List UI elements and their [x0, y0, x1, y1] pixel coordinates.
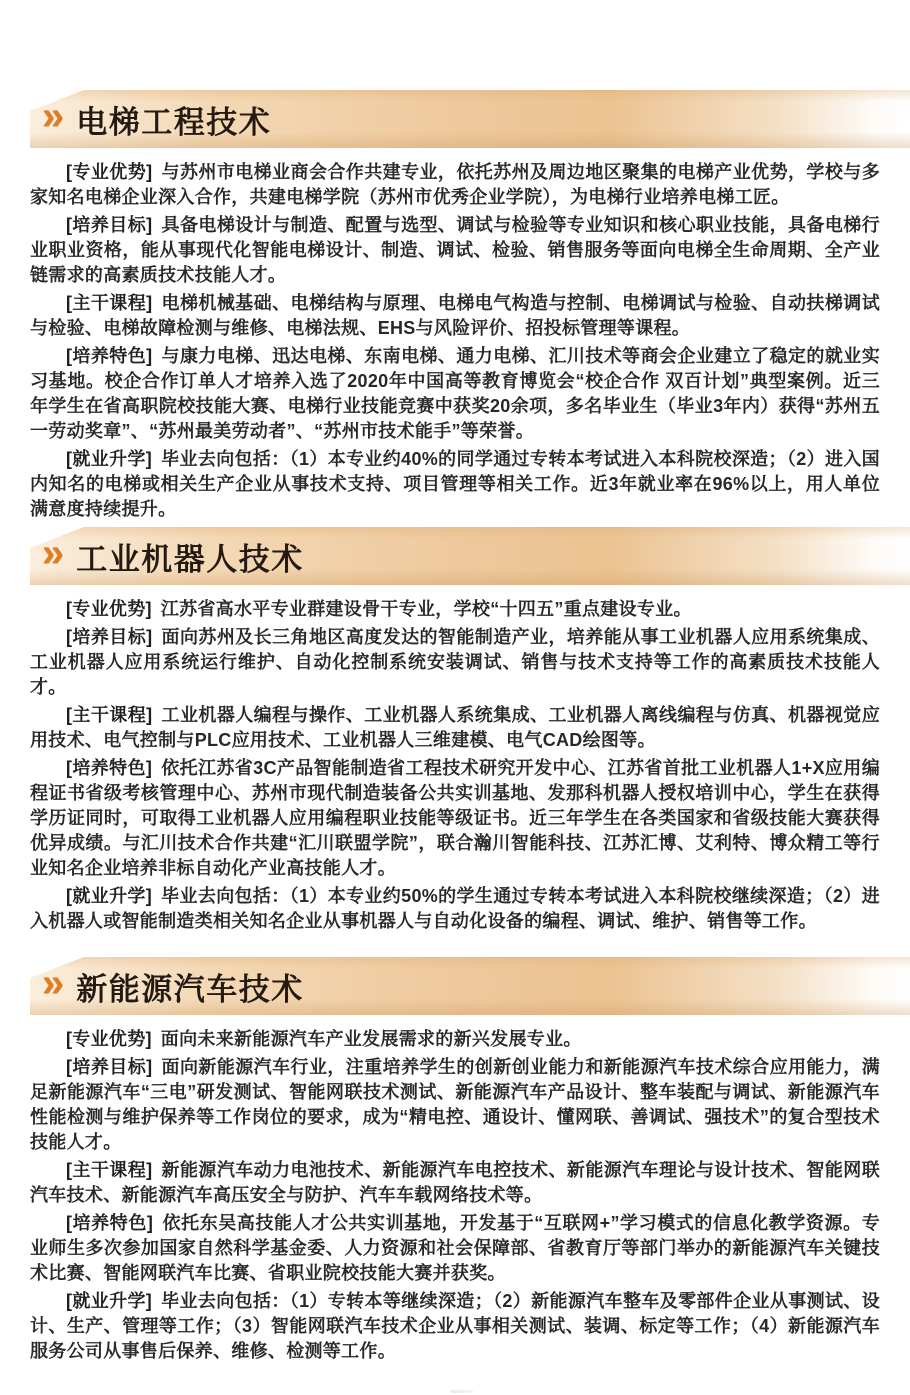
paragraph-text: 电梯机械基础、电梯结构与原理、电梯电气构造与控制、电梯调试与检验、自动扶梯调试与…: [30, 293, 880, 338]
section-body: [专业优势]面向未来新能源汽车产业发展需求的新兴发展专业。 [培养目标]面向新能…: [30, 1027, 880, 1364]
paragraph-text: 江苏省高水平专业群建设骨干专业，学校“十四五”重点建设专业。: [161, 599, 692, 619]
section-title: 工业机器人技术: [76, 534, 304, 579]
paragraph-courses: [主干课程]电梯机械基础、电梯结构与原理、电梯电气构造与控制、电梯调试与检验、自…: [30, 291, 880, 341]
paragraph-label: [就业升学]: [66, 449, 152, 469]
section-elevator-engineering: » 电梯工程技术 [专业优势]与苏州市电梯业商会合作共建专业，依托苏州及周边地区…: [0, 90, 910, 525]
double-chevron-icon: »: [42, 533, 64, 573]
paragraph-label: [专业优势]: [66, 599, 152, 619]
paragraph-advantage: [专业优势]江苏省高水平专业群建设骨干专业，学校“十四五”重点建设专业。: [30, 597, 880, 622]
section-body: [专业优势]与苏州市电梯业商会合作共建专业，依托苏州及周边地区聚集的电梯产业优势…: [30, 160, 880, 522]
paragraph-employment: [就业升学]毕业去向包括：（1）专转本等继续深造；（2）新能源汽车整车及零部件企…: [30, 1289, 880, 1364]
paragraph-label: [专业优势]: [66, 162, 152, 182]
paragraph-employment: [就业升学]毕业去向包括：（1）本专业约40%的同学通过专转本考试进入本科院校深…: [30, 447, 880, 522]
paragraph-label: [培养目标]: [66, 1057, 152, 1077]
section-header-band: » 电梯工程技术: [30, 90, 910, 148]
paragraph-label: [主干课程]: [66, 293, 152, 313]
paragraph-text: 新能源汽车动力电池技术、新能源汽车电控技术、新能源汽车理论与设计技术、智能网联汽…: [30, 1160, 880, 1205]
paragraph-employment: [就业升学]毕业去向包括：（1）本专业约50%的学生通过专转本考试进入本科院校继…: [30, 884, 880, 934]
paragraph-label: [培养目标]: [66, 215, 152, 235]
paragraph-text: 与康力电梯、迅达电梯、东南电梯、通力电梯、汇川技术等商会企业建立了稳定的就业实习…: [30, 346, 880, 441]
paragraph-label: [主干课程]: [66, 705, 152, 725]
double-chevron-icon: »: [42, 963, 64, 1003]
paragraph-label: [就业升学]: [66, 1291, 152, 1311]
paragraph-label: [就业升学]: [66, 886, 152, 906]
paragraph-text: 依托东吴高技能人才公共实训基地，开发基于“互联网+”学习模式的信息化教学资源。专…: [30, 1213, 880, 1283]
paragraph-text: 毕业去向包括：（1）专转本等继续深造；（2）新能源汽车整车及零部件企业从事测试、…: [30, 1291, 880, 1361]
paragraph-label: [专业优势]: [66, 1029, 152, 1049]
paragraph-text: 毕业去向包括：（1）本专业约50%的学生通过专转本考试进入本科院校继续深造；（2…: [30, 886, 880, 931]
section-header-band: » 工业机器人技术: [30, 527, 910, 585]
paragraph-goal: [培养目标]面向苏州及长三角地区高度发达的智能制造产业，培养能从事工业机器人应用…: [30, 625, 880, 700]
paragraph-label: [培养特色]: [66, 346, 152, 366]
section-new-energy-vehicle: » 新能源汽车技术 [专业优势]面向未来新能源汽车产业发展需求的新兴发展专业。 …: [0, 957, 910, 1367]
paragraph-text: 面向未来新能源汽车产业发展需求的新兴发展专业。: [161, 1029, 582, 1049]
section-title: 新能源汽车技术: [76, 964, 304, 1009]
paragraph-features: [培养特色]依托江苏省3C产品智能制造省工程技术研究开发中心、江苏省首批工业机器…: [30, 756, 880, 881]
paragraph-advantage: [专业优势]面向未来新能源汽车产业发展需求的新兴发展专业。: [30, 1027, 880, 1052]
paragraph-goal: [培养目标]具备电梯设计与制造、配置与选型、调试与检验等专业知识和核心职业技能，…: [30, 213, 880, 288]
paragraph-courses: [主干课程]新能源汽车动力电池技术、新能源汽车电控技术、新能源汽车理论与设计技术…: [30, 1158, 880, 1208]
section-header-band: » 新能源汽车技术: [30, 957, 910, 1015]
paragraph-features: [培养特色]依托东吴高技能人才公共实训基地，开发基于“互联网+”学习模式的信息化…: [30, 1211, 880, 1286]
paragraph-label: [主干课程]: [66, 1160, 152, 1180]
paragraph-text: 与苏州市电梯业商会合作共建专业，依托苏州及周边地区聚集的电梯产业优势，学校与多家…: [30, 162, 880, 207]
paragraph-advantage: [专业优势]与苏州市电梯业商会合作共建专业，依托苏州及周边地区聚集的电梯产业优势…: [30, 160, 880, 210]
paragraph-text: 依托江苏省3C产品智能制造省工程技术研究开发中心、江苏省首批工业机器人1+X应用…: [30, 758, 880, 878]
double-chevron-icon: »: [42, 96, 64, 136]
paragraph-label: [培养目标]: [66, 627, 152, 647]
paragraph-label: [培养特色]: [66, 758, 152, 778]
paragraph-text: 具备电梯设计与制造、配置与选型、调试与检验等专业知识和核心职业技能，具备电梯行业…: [30, 215, 880, 285]
page-number-faint: [450, 1390, 474, 1393]
paragraph-courses: [主干课程]工业机器人编程与操作、工业机器人系统集成、工业机器人离线编程与仿真、…: [30, 703, 880, 753]
paragraph-label: [培养特色]: [66, 1213, 153, 1233]
section-title: 电梯工程技术: [76, 97, 271, 142]
paragraph-text: 面向苏州及长三角地区高度发达的智能制造产业，培养能从事工业机器人应用系统集成、工…: [30, 627, 880, 697]
section-body: [专业优势]江苏省高水平专业群建设骨干专业，学校“十四五”重点建设专业。 [培养…: [30, 597, 880, 934]
paragraph-goal: [培养目标]面向新能源汽车行业，注重培养学生的创新创业能力和新能源汽车技术综合应…: [30, 1055, 880, 1155]
paragraph-text: 面向新能源汽车行业，注重培养学生的创新创业能力和新能源汽车技术综合应用能力，满足…: [30, 1057, 880, 1152]
paragraph-features: [培养特色]与康力电梯、迅达电梯、东南电梯、通力电梯、汇川技术等商会企业建立了稳…: [30, 344, 880, 444]
paragraph-text: 毕业去向包括：（1）本专业约40%的同学通过专转本考试进入本科院校深造；（2）进…: [30, 449, 880, 519]
paragraph-text: 工业机器人编程与操作、工业机器人系统集成、工业机器人离线编程与仿真、机器视觉应用…: [30, 705, 880, 750]
section-industrial-robot: » 工业机器人技术 [专业优势]江苏省高水平专业群建设骨干专业，学校“十四五”重…: [0, 527, 910, 937]
